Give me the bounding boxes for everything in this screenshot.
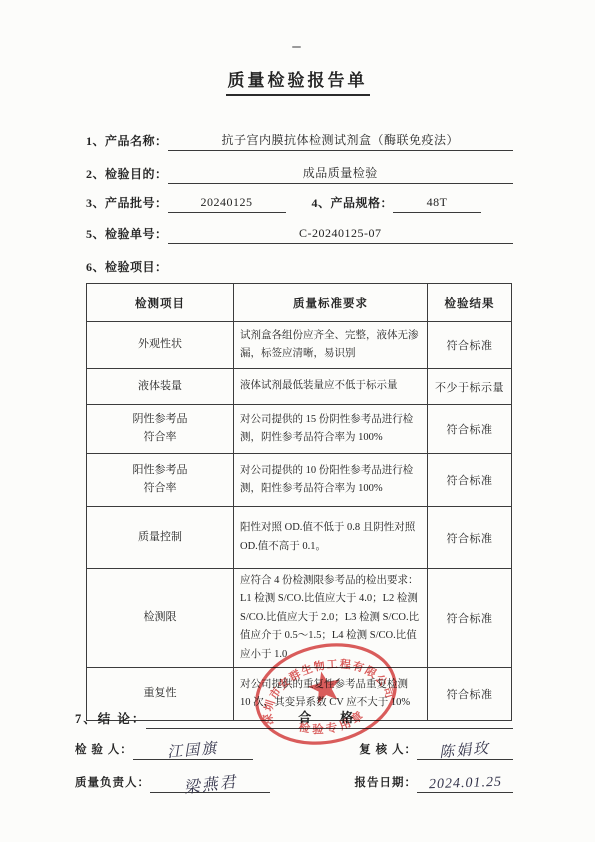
col-header-item: 检测项目	[87, 284, 234, 322]
inspector-label: 检 验 人：	[75, 741, 133, 760]
table-row: 阳性参考品 符合率 对公司提供的 10 份阳性参考品进行检测，阳性参考品符合率为…	[87, 454, 512, 507]
batch-value: 20240125	[168, 195, 286, 213]
item-result: 符合标准	[428, 569, 512, 668]
report-date-value: 2024.01.25	[428, 775, 502, 794]
product-name-label: 1、产品名称：	[86, 132, 168, 151]
conclusion-value: 合 格	[146, 707, 513, 729]
spec-value: 48T	[393, 195, 481, 213]
inspector-signature-line: 江国旗	[133, 738, 253, 760]
item-name: 质量控制	[87, 507, 234, 569]
item-result: 符合标准	[428, 454, 512, 507]
quality-manager-signature: 梁燕君	[182, 769, 238, 798]
conclusion-label: 7、结 论：	[75, 709, 146, 729]
table-row: 质量控制 阳性对照 OD.值不低于 0.8 且阴性对照 OD.值不高于 0.1。…	[87, 507, 512, 569]
title-wrap: 质量检验报告单	[0, 66, 595, 96]
report-page: 质量检验报告单 1、产品名称： 抗子宫内膜抗体检测试剂盒（酶联免疫法） 2、检验…	[0, 0, 595, 842]
item-requirement: 试剂盒各组份应齐全、完整，液体无渗漏，标签应清晰，易识别	[234, 322, 428, 369]
field-product-name: 1、产品名称： 抗子宫内膜抗体检测试剂盒（酶联免疫法）	[86, 131, 513, 151]
signature-block: 检 验 人： 江国旗 复 核 人： 陈娟玫 质量负责人： 梁燕君 报告日期： 2…	[75, 738, 513, 802]
order-no-label: 5、检验单号：	[86, 225, 168, 244]
table-row: 外观性状 试剂盒各组份应齐全、完整，液体无渗漏，标签应清晰，易识别 符合标准	[87, 322, 512, 369]
item-name: 液体装量	[87, 369, 234, 405]
inspection-table: 检测项目 质量标准要求 检验结果 外观性状 试剂盒各组份应齐全、完整，液体无渗漏…	[86, 283, 512, 721]
item-requirement: 对公司提供的 10 份阳性参考品进行检测，阳性参考品符合率为 100%	[234, 454, 428, 507]
conclusion-row: 7、结 论： 合 格	[75, 707, 513, 729]
order-no-value: C-20240125-07	[168, 226, 513, 244]
items-heading-label: 6、检验项目：	[86, 258, 168, 277]
item-result: 符合标准	[428, 507, 512, 569]
reviewer-signature-line: 陈娟玫	[417, 738, 513, 760]
inspector-signature: 江国旗	[167, 737, 220, 762]
field-order-no: 5、检验单号： C-20240125-07	[86, 225, 513, 244]
report-date-label: 报告日期：	[355, 774, 418, 793]
item-requirement: 应符合 4 份检测限参考品的检出要求：L1 检测 S/CO.比值应大于 4.0；…	[234, 569, 428, 668]
page-title: 质量检验报告单	[226, 66, 370, 96]
item-result: 符合标准	[428, 405, 512, 454]
batch-label: 3、产品批号：	[86, 194, 168, 213]
item-name: 检测限	[87, 569, 234, 668]
item-requirement: 对公司提供的 15 份阴性参考品进行检测，阴性参考品符合率为 100%	[234, 405, 428, 454]
signature-row-1: 检 验 人： 江国旗 复 核 人： 陈娟玫	[75, 738, 513, 760]
item-requirement: 液体试剂最低装量应不低于标示量	[234, 369, 428, 405]
item-result: 不少于标示量	[428, 369, 512, 405]
spec-label: 4、产品规格：	[312, 194, 394, 213]
field-items-heading: 6、检验项目：	[86, 258, 513, 277]
quality-manager-label: 质量负责人：	[75, 774, 150, 793]
table-row: 阴性参考品 符合率 对公司提供的 15 份阴性参考品进行检测，阴性参考品符合率为…	[87, 405, 512, 454]
col-header-requirement: 质量标准要求	[234, 284, 428, 322]
reviewer-label: 复 核 人：	[359, 741, 417, 760]
item-name: 阳性参考品 符合率	[87, 454, 234, 507]
item-name: 阴性参考品 符合率	[87, 405, 234, 454]
scan-artifact	[292, 46, 301, 48]
table-row: 液体装量 液体试剂最低装量应不低于标示量 不少于标示量	[87, 369, 512, 405]
field-purpose: 2、检验目的： 成品质量检验	[86, 164, 513, 184]
report-date-line: 2024.01.25	[417, 776, 513, 793]
product-name-value: 抗子宫内膜抗体检测试剂盒（酶联免疫法）	[168, 131, 513, 151]
field-batch-spec: 3、产品批号： 20240125 4、产品规格： 48T	[86, 194, 513, 213]
table-row: 检测限 应符合 4 份检测限参考品的检出要求：L1 检测 S/CO.比值应大于 …	[87, 569, 512, 668]
item-requirement: 阳性对照 OD.值不低于 0.8 且阴性对照 OD.值不高于 0.1。	[234, 507, 428, 569]
purpose-value: 成品质量检验	[168, 164, 513, 184]
purpose-label: 2、检验目的：	[86, 165, 168, 184]
table-header-row: 检测项目 质量标准要求 检验结果	[87, 284, 512, 322]
item-result: 符合标准	[428, 322, 512, 369]
signature-row-2: 质量负责人： 梁燕君 报告日期： 2024.01.25	[75, 769, 513, 793]
quality-manager-signature-line: 梁燕君	[150, 769, 270, 793]
col-header-result: 检验结果	[428, 284, 512, 322]
reviewer-signature: 陈娟玫	[439, 737, 492, 762]
item-name: 外观性状	[87, 322, 234, 369]
